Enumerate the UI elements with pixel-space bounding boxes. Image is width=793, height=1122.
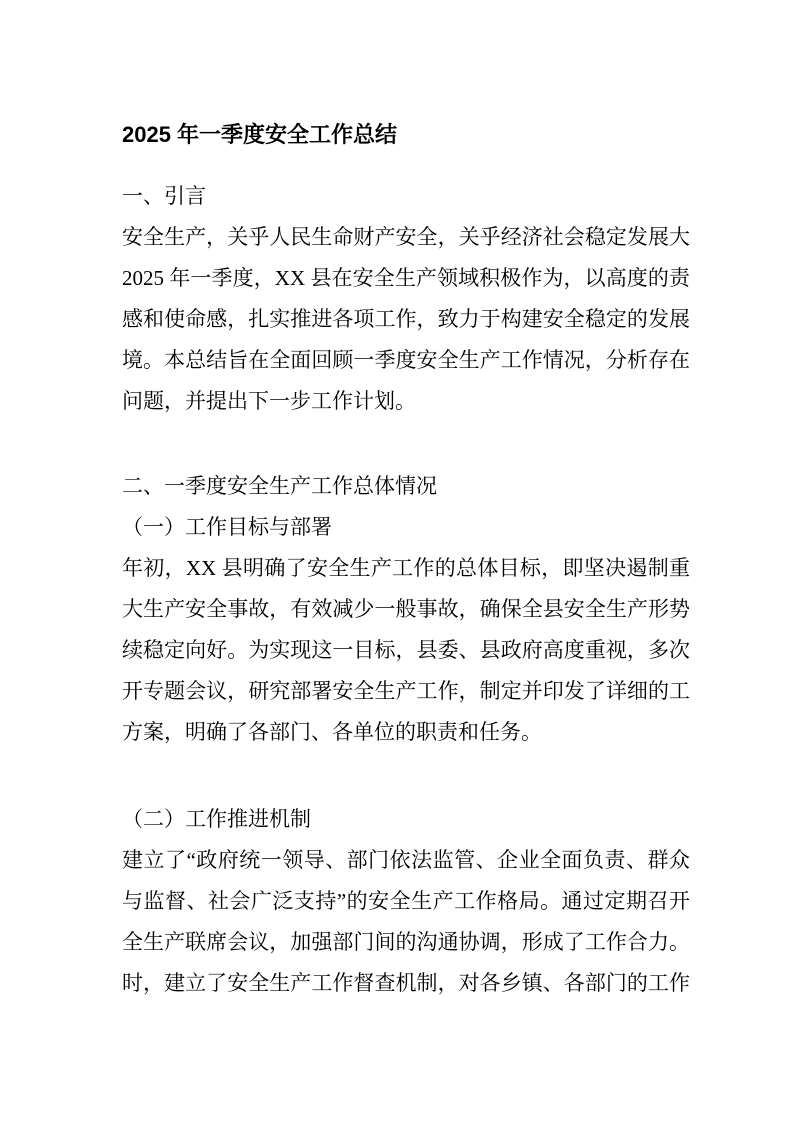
subsection-heading: （一）工作目标与部署 xyxy=(122,507,690,548)
paragraph-line: 年初，XX 县明确了安全生产工作的总体目标，即坚决遏制重特 xyxy=(122,548,690,589)
section-heading: 一、引言 xyxy=(122,176,690,217)
paragraph-line: 2025 年一季度，XX 县在安全生产领域积极作为，以高度的责任 xyxy=(122,258,690,299)
paragraph: 建立了“政府统一领导、部门依法监管、企业全面负责、群众参与监督、社会广泛支持”的… xyxy=(122,840,690,1004)
subsection-heading: （二）工作推进机制 xyxy=(122,799,690,840)
section: 一、引言安全生产，关乎人民生命财产安全，关乎经济社会稳定发展大局。2025 年一… xyxy=(122,176,690,422)
document-body: 一、引言安全生产，关乎人民生命财产安全，关乎经济社会稳定发展大局。2025 年一… xyxy=(122,176,690,1004)
paragraph: 安全生产，关乎人民生命财产安全，关乎经济社会稳定发展大局。2025 年一季度，X… xyxy=(122,217,690,422)
paragraph-line: 全生产联席会议，加强部门间的沟通协调，形成了工作合力。同 xyxy=(122,922,690,963)
section-heading: 二、一季度安全生产工作总体情况 xyxy=(122,466,690,507)
paragraph-line: 问题，并提出下一步工作计划。 xyxy=(122,381,690,422)
paragraph-line: 安全生产，关乎人民生命财产安全，关乎经济社会稳定发展大局。 xyxy=(122,217,690,258)
paragraph-line: 建立了“政府统一领导、部门依法监管、企业全面负责、群众参 xyxy=(122,840,690,881)
section: 二、一季度安全生产工作总体情况（一）工作目标与部署年初，XX 县明确了安全生产工… xyxy=(122,466,690,1004)
paragraph-line: 续稳定向好。为实现这一目标，县委、县政府高度重视，多次召 xyxy=(122,630,690,671)
paragraph-line: 感和使命感，扎实推进各项工作，致力于构建安全稳定的发展环 xyxy=(122,299,690,340)
subsection: （二）工作推进机制建立了“政府统一领导、部门依法监管、企业全面负责、群众参与监督… xyxy=(122,799,690,1004)
paragraph-line: 开专题会议，研究部署安全生产工作，制定并印发了详细的工作 xyxy=(122,671,690,712)
document-page: 2025 年一季度安全工作总结 一、引言安全生产，关乎人民生命财产安全，关乎经济… xyxy=(0,0,793,1122)
paragraph-line: 方案，明确了各部门、各单位的职责和任务。 xyxy=(122,712,690,753)
paragraph-line: 境。本总结旨在全面回顾一季度安全生产工作情况，分析存在的 xyxy=(122,340,690,381)
paragraph-line: 大生产安全事故，有效减少一般事故，确保全县安全生产形势持 xyxy=(122,589,690,630)
document-title: 2025 年一季度安全工作总结 xyxy=(122,113,690,157)
subsection: （一）工作目标与部署年初，XX 县明确了安全生产工作的总体目标，即坚决遏制重特大… xyxy=(122,507,690,753)
paragraph: 年初，XX 县明确了安全生产工作的总体目标，即坚决遏制重特大生产安全事故，有效减… xyxy=(122,548,690,753)
paragraph-line: 时，建立了安全生产工作督查机制，对各乡镇、各部门的工作开 xyxy=(122,963,690,1004)
paragraph-line: 与监督、社会广泛支持”的安全生产工作格局。通过定期召开安 xyxy=(122,881,690,922)
